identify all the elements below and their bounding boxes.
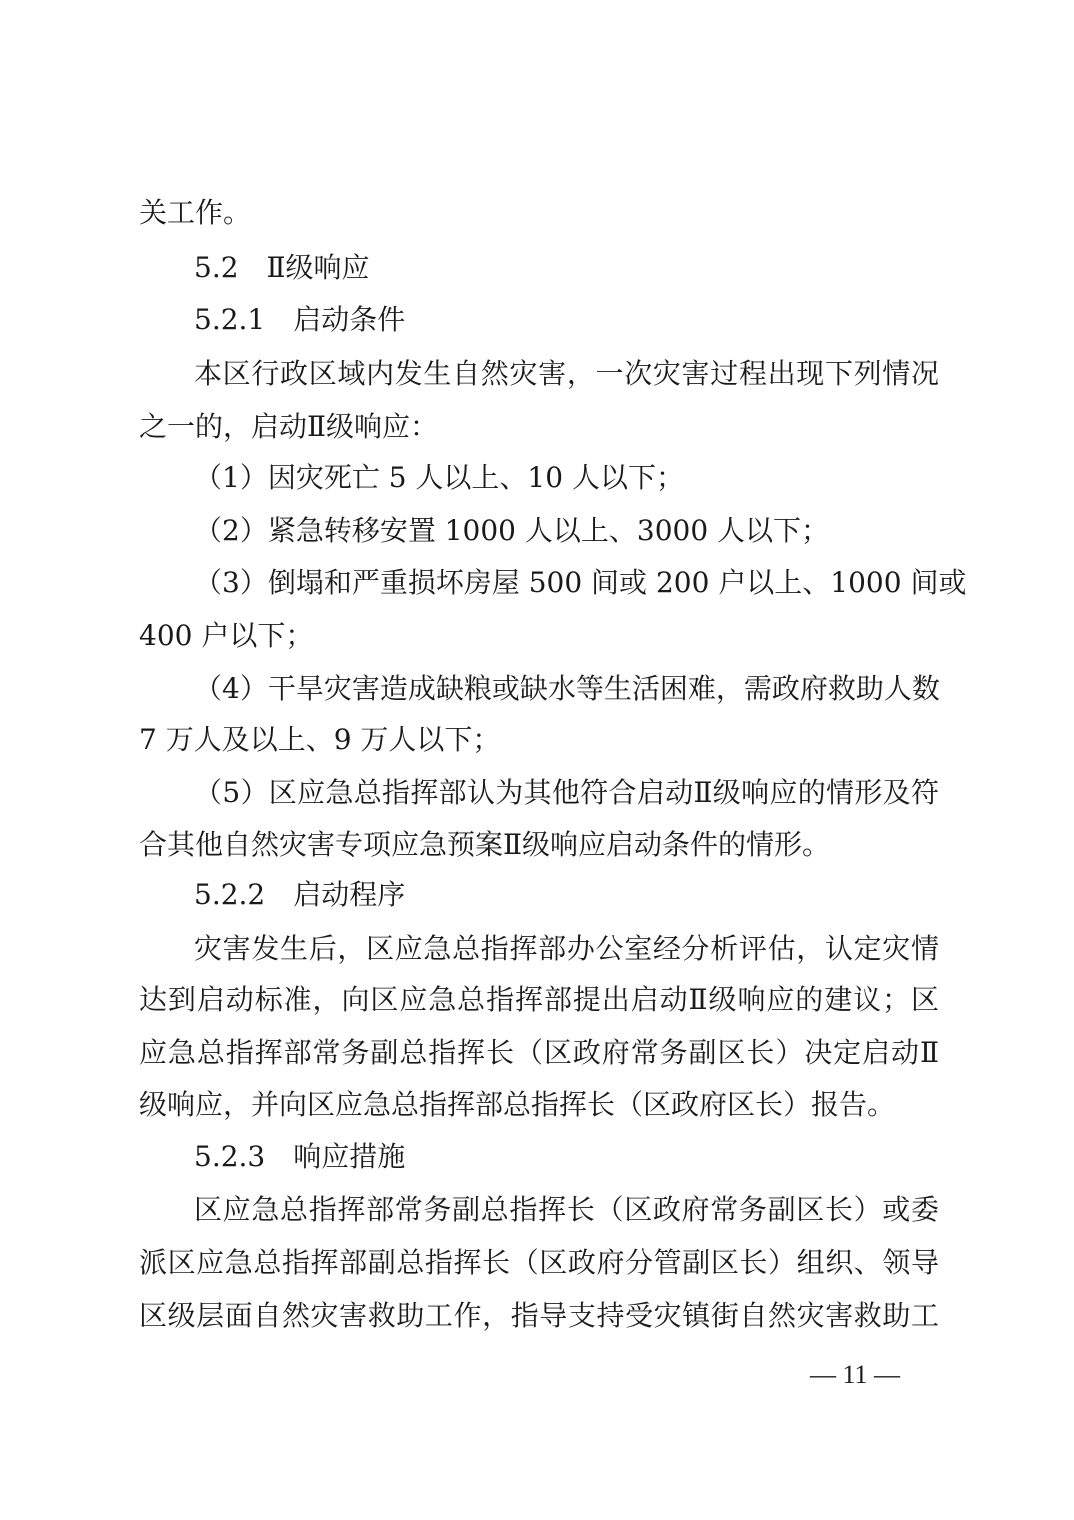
body-text-line: 达到启动标准，向区应急总指挥部提出启动Ⅱ级响应的建议；区 bbox=[139, 980, 939, 1020]
list-item-4: （4）干旱灾害造成缺粮或缺水等生活困难，需政府救助人数 bbox=[194, 669, 939, 709]
list-item-2: （2）紧急转移安置 1000 人以上、3000 人以下； bbox=[194, 511, 939, 551]
body-text-line: 区应急总指挥部常务副总指挥长（区政府常务副区长）或委 bbox=[194, 1190, 939, 1230]
page-number: — 11 — bbox=[800, 1355, 910, 1395]
body-text-line: 之一的，启动Ⅱ级响应： bbox=[139, 407, 939, 447]
body-text-line: 灾害发生后，区应急总指挥部办公室经分析评估，认定灾情 bbox=[194, 929, 939, 969]
body-text-line: 应急总指挥部常务副总指挥长（区政府常务副区长）决定启动Ⅱ bbox=[139, 1033, 939, 1073]
body-text-line: 区级层面自然灾害救助工作，指导支持受灾镇街自然灾害救助工 bbox=[139, 1296, 939, 1336]
list-item-5-cont: 合其他自然灾害专项应急预案Ⅱ级响应启动条件的情形。 bbox=[139, 825, 939, 865]
list-item-3-cont: 400 户以下； bbox=[139, 616, 939, 656]
list-item-1: （1）因灾死亡 5 人以上、10 人以下； bbox=[194, 458, 939, 498]
subsection-heading-5-2-2: 5.2.2 启动程序 bbox=[194, 875, 939, 915]
section-heading-5-2: 5.2 Ⅱ级响应 bbox=[194, 248, 939, 288]
body-text-line: 级响应，并向区应急总指挥部总指挥长（区政府区长）报告。 bbox=[139, 1085, 939, 1125]
subsection-heading-5-2-1: 5.2.1 启动条件 bbox=[194, 300, 939, 340]
list-item-3: （3）倒塌和严重损坏房屋 500 间或 200 户以上、1000 间或 bbox=[194, 563, 939, 603]
body-text-line: 关工作。 bbox=[139, 193, 939, 233]
body-text-line: 派区应急总指挥部副总指挥长（区政府分管副区长）组织、领导 bbox=[139, 1243, 939, 1283]
body-text-line: 本区行政区域内发生自然灾害，一次灾害过程出现下列情况 bbox=[194, 354, 939, 394]
list-item-5: （5）区应急总指挥部认为其他符合启动Ⅱ级响应的情形及符 bbox=[194, 773, 939, 813]
subsection-heading-5-2-3: 5.2.3 响应措施 bbox=[194, 1137, 939, 1177]
list-item-4-cont: 7 万人及以上、9 万人以下； bbox=[139, 720, 939, 760]
